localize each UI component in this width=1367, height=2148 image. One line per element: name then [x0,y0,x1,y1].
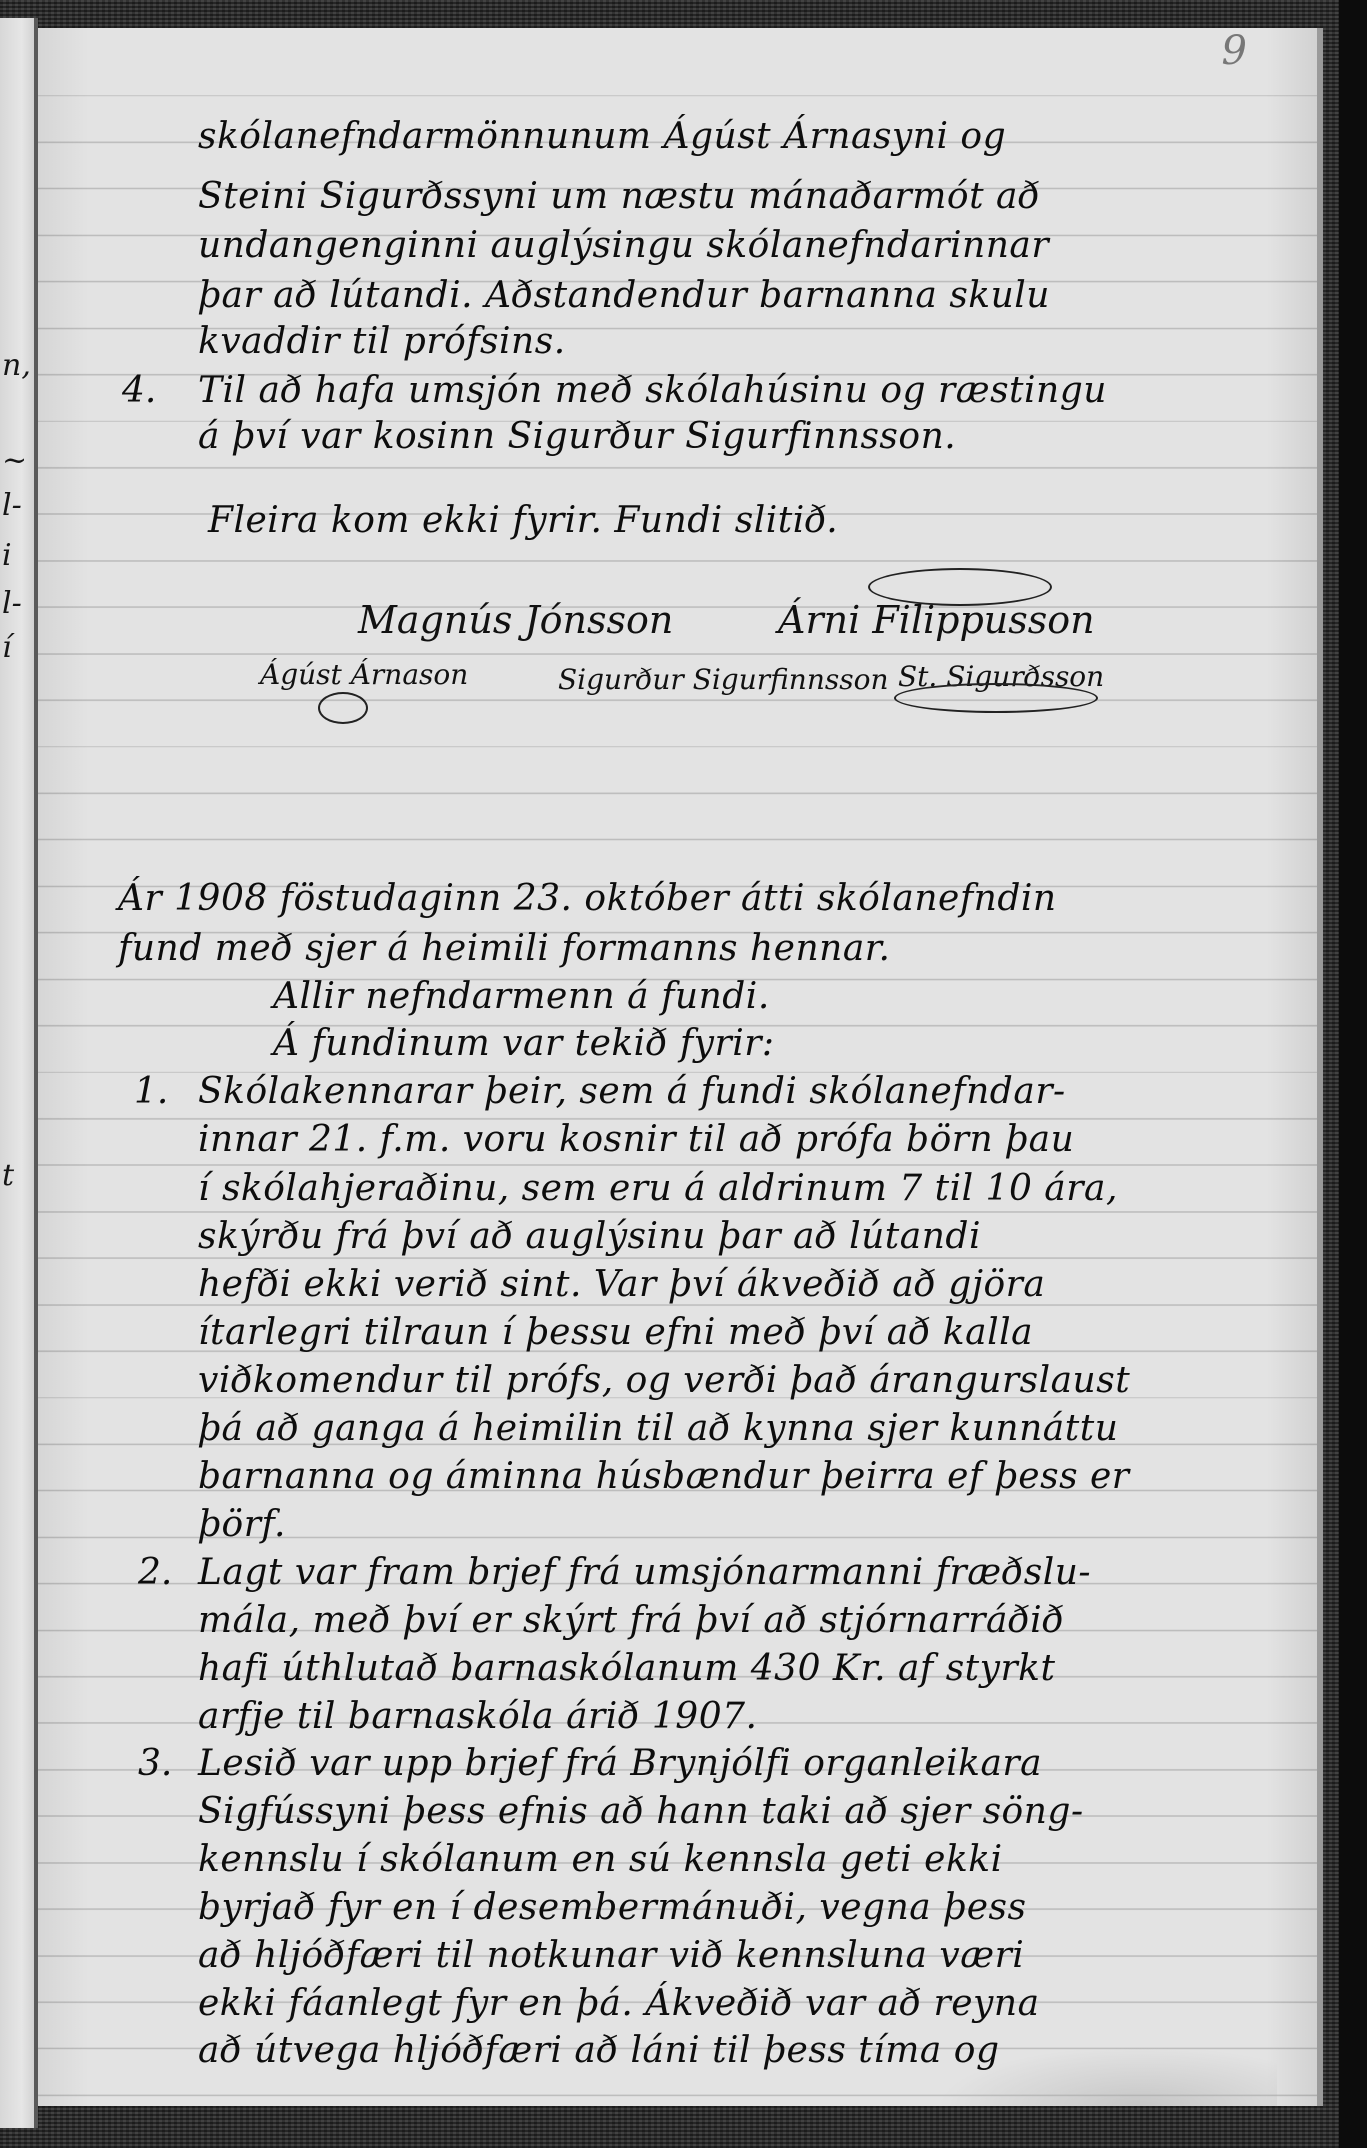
item-number: 1. [134,1071,168,1112]
text-line: barnanna og áminna húsbændur þeirra ef þ… [198,1456,1130,1497]
text-line: fund með sjer á heimili formanns hennar. [118,928,890,969]
text-line: kvaddir til prófsins. [198,321,566,362]
facing-fragment: ~ [2,443,27,478]
water-stain [937,2046,1277,2106]
text-line: arfje til barnaskóla árið 1907. [198,1696,757,1737]
text-line: ítarlegri tilraun í þessu efni með því a… [198,1312,1033,1353]
text-line: hafi úthlutað barnaskólanum 430 Kr. af s… [198,1648,1055,1689]
text-line: Steini Sigurðssyni um næstu mánaðarmót a… [198,176,1040,217]
book-gutter [34,18,38,2128]
facing-fragment: t [2,1158,14,1193]
attendance-line: Allir nefndarmenn á fundi. [273,976,770,1017]
text-line: viðkomendur til prófs, og verði það áran… [198,1360,1130,1401]
text-line: byrjað fyr en í desembermánuði, vegna þe… [198,1887,1027,1928]
text-line: innar 21. f.m. voru kosnir til að prófa … [198,1119,1074,1160]
text-line: mála, með því er skýrt frá því að stjórn… [198,1600,1064,1641]
text-line: undangenginni auglýsingu skólanefndarinn… [198,225,1049,266]
item-number: 4. [122,370,156,411]
page-number: 9 [1222,28,1247,74]
signature-flourish [894,683,1098,713]
text-line: skólanefndarmönnunum Ágúst Árnasyni og [198,116,1006,157]
text-line: í skólahjeraðinu, sem eru á aldrinum 7 t… [198,1168,1118,1209]
ledger-page: 9 skólanefndarmönnunum Ágúst Árnasyni og… [38,28,1323,2106]
text-line: á því var kosinn Sigurður Sigurfinnsson. [198,416,956,457]
signature: Magnús Jónsson [358,598,673,642]
text-line: kennslu í skólanum en sú kennsla geti ek… [198,1839,1003,1880]
text-line: hefði ekki verið sint. Var því ákveðið a… [198,1264,1045,1305]
text-line: Lagt var fram brjef frá umsjónarmanni fr… [198,1552,1091,1593]
signature: Ágúst Árnason [260,658,468,691]
signature: Sigurður Sigurfinnsson [558,663,889,696]
facing-fragment: l- [2,488,22,523]
facing-fragment: n, [2,348,31,383]
text-line: þörf. [198,1504,286,1545]
text-line: Ár 1908 föstudaginn 23. október átti skó… [118,878,1057,919]
agenda-intro: Á fundinum var tekið fyrir: [273,1023,775,1064]
text-line: Sigfússyni þess efnis að hann taki að sj… [198,1791,1084,1832]
text-line: ekki fáanlegt fyr en þá. Ákveðið var að … [198,1983,1040,2024]
scan-edge-shadow [1339,0,1367,2148]
text-line: Til að hafa umsjón með skólahúsinu og ræ… [198,370,1107,411]
text-line: þar að lútandi. Aðstandendur barnanna sk… [198,275,1050,316]
text-line: þá að ganga á heimilin til að kynna sjer… [198,1408,1118,1449]
text-line: Skólakennarar þeir, sem á fundi skólanef… [198,1071,1066,1112]
text-line: að hljóðfæri til notkunar við kennsluna … [198,1935,1024,1976]
text-line: Lesið var upp brjef frá Brynjólfi organl… [198,1743,1042,1784]
signature-flourish [868,568,1052,606]
facing-page-strip: n, ~ l- i l- í t [0,18,36,2128]
facing-fragment: i [2,538,12,573]
item-number: 2. [138,1552,172,1593]
facing-fragment: í [2,630,12,665]
signature-flourish [318,692,368,724]
item-number: 3. [138,1743,172,1784]
text-line: að útvega hljóðfæri að láni til þess tím… [198,2030,999,2071]
closing-line: Fleira kom ekki fyrir. Fundi slitið. [208,500,838,541]
text-line: skýrðu frá því að auglýsinu þar að lútan… [198,1216,981,1257]
facing-fragment: l- [2,586,22,621]
